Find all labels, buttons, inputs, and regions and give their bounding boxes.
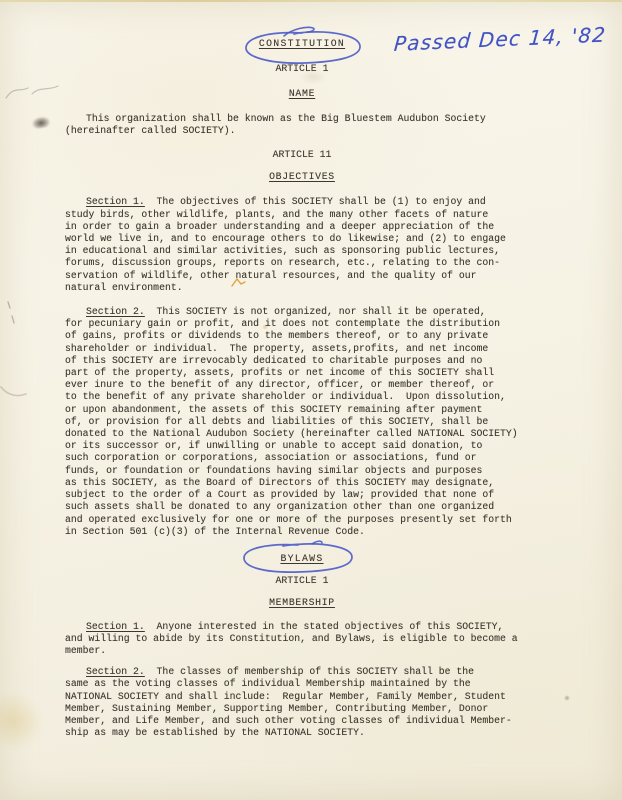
section-label: Section 1. (86, 621, 145, 632)
membership-subheading: MEMBERSHIP (65, 597, 539, 609)
pencil-mark (0, 384, 28, 400)
document-page: Passed Dec 14, '82 CONSTITUTION ARTICLE … (0, 0, 622, 800)
pencil-mark (4, 300, 18, 326)
bylaws-article-1-heading: ARTICLE 1 (65, 575, 539, 587)
objectives-section-2: Section 2. This SOCIETY is not organized… (65, 306, 539, 538)
section-label: Section 2. (86, 666, 145, 677)
section-label: Section 2. (86, 306, 145, 317)
typewritten-content: CONSTITUTION ARTICLE 1 NAME This organiz… (65, 38, 539, 739)
article-1-heading: ARTICLE 1 (65, 63, 539, 75)
bylaws-title: BYLAWS (280, 553, 323, 564)
objectives-subheading: OBJECTIVES (65, 171, 539, 183)
constitution-title-block: CONSTITUTION (65, 38, 539, 50)
section-label: Section 1. (86, 196, 145, 207)
scan-top-edge (0, 0, 622, 2)
name-paragraph: This organization shall be known as the … (65, 113, 539, 137)
section-text: The objectives of this SOCIETY shall be … (65, 196, 506, 292)
paper-speck (565, 696, 569, 700)
ink-smudge (31, 116, 51, 130)
section-text: This SOCIETY is not organized, nor shall… (65, 306, 518, 537)
article-11-heading: ARTICLE 11 (65, 149, 539, 161)
membership-section-2: Section 2. The classes of membership of … (65, 666, 539, 739)
pencil-mark (4, 78, 66, 104)
bylaws-title-block: BYLAWS (65, 553, 539, 565)
objectives-section-1: Section 1. The objectives of this SOCIET… (65, 196, 539, 294)
membership-section-1: Section 1. Anyone interested in the stat… (65, 621, 539, 658)
paper-stain (0, 686, 54, 760)
constitution-title: CONSTITUTION (259, 38, 345, 49)
name-subheading: NAME (65, 88, 539, 100)
